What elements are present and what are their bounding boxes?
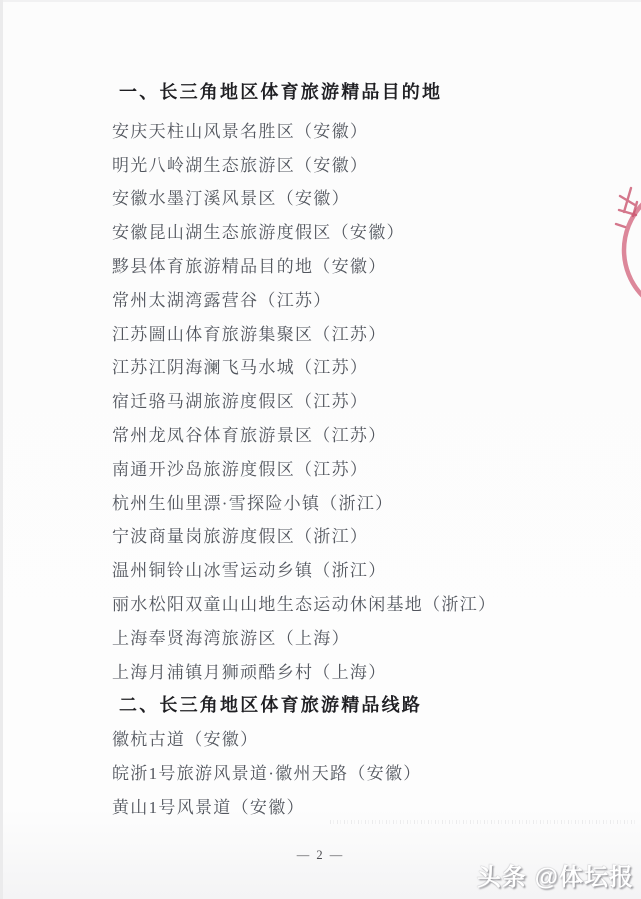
document-page: 一、长三角地区体育旅游精品目的地安庆天柱山风景名胜区（安徽）明光八岭湖生态旅游区… <box>0 0 641 899</box>
list-item: 常州太湖湾露营谷（江苏） <box>112 284 641 318</box>
list-item: 丽水松阳双童山山地生态运动休闲基地（浙江） <box>112 588 641 622</box>
official-seal-icon <box>604 172 641 332</box>
section-2: 二、长三角地区体育旅游精品线路徽杭古道（安徽）皖浙1号旅游风景道·徽州天路（安徽… <box>0 689 641 824</box>
list-item: 黟县体育旅游精品目的地（安徽） <box>112 250 641 284</box>
section-heading: 一、长三角地区体育旅游精品目的地 <box>119 76 641 110</box>
list-item: 南通开沙岛旅游度假区（江苏） <box>112 453 641 487</box>
list-item: 安徽水墨汀溪风景区（安徽） <box>112 182 641 216</box>
list-item: 上海月浦镇月狮顽酷乡村（上海） <box>112 656 641 690</box>
list-item: 江苏江阴海澜飞马水城（江苏） <box>112 351 641 385</box>
list-item: 安徽昆山湖生态旅游度假区（安徽） <box>112 216 641 250</box>
list-item: 徽杭古道（安徽） <box>112 723 641 757</box>
list-item: 皖浙1号旅游风景道·徽州天路（安徽） <box>112 757 641 791</box>
section-1: 一、长三角地区体育旅游精品目的地安庆天柱山风景名胜区（安徽）明光八岭湖生态旅游区… <box>0 76 641 689</box>
scan-edge-top <box>0 0 641 2</box>
section-heading: 二、长三角地区体育旅游精品线路 <box>119 689 641 723</box>
list-item: 上海奉贤海湾旅游区（上海） <box>112 622 641 656</box>
list-item: 常州龙凤谷体育旅游景区（江苏） <box>112 419 641 453</box>
list-item: 江苏圌山体育旅游集聚区（江苏） <box>112 318 641 352</box>
watermark: 头条 @体坛报 <box>477 857 634 892</box>
list-item: 宿迁骆马湖旅游度假区（江苏） <box>112 385 641 419</box>
list-item: 明光八岭湖生态旅游区（安徽） <box>112 149 641 183</box>
document-body: 一、长三角地区体育旅游精品目的地安庆天柱山风景名胜区（安徽）明光八岭湖生态旅游区… <box>0 76 641 825</box>
list-item: 安庆天柱山风景名胜区（安徽） <box>112 115 641 149</box>
list-item: 杭州生仙里漂·雪探险小镇（浙江） <box>112 487 641 521</box>
list-item: 宁波商量岗旅游度假区（浙江） <box>112 520 641 554</box>
list-item: 温州铜铃山冰雪运动乡镇（浙江） <box>112 554 641 588</box>
scan-noise-artifact <box>330 820 635 824</box>
